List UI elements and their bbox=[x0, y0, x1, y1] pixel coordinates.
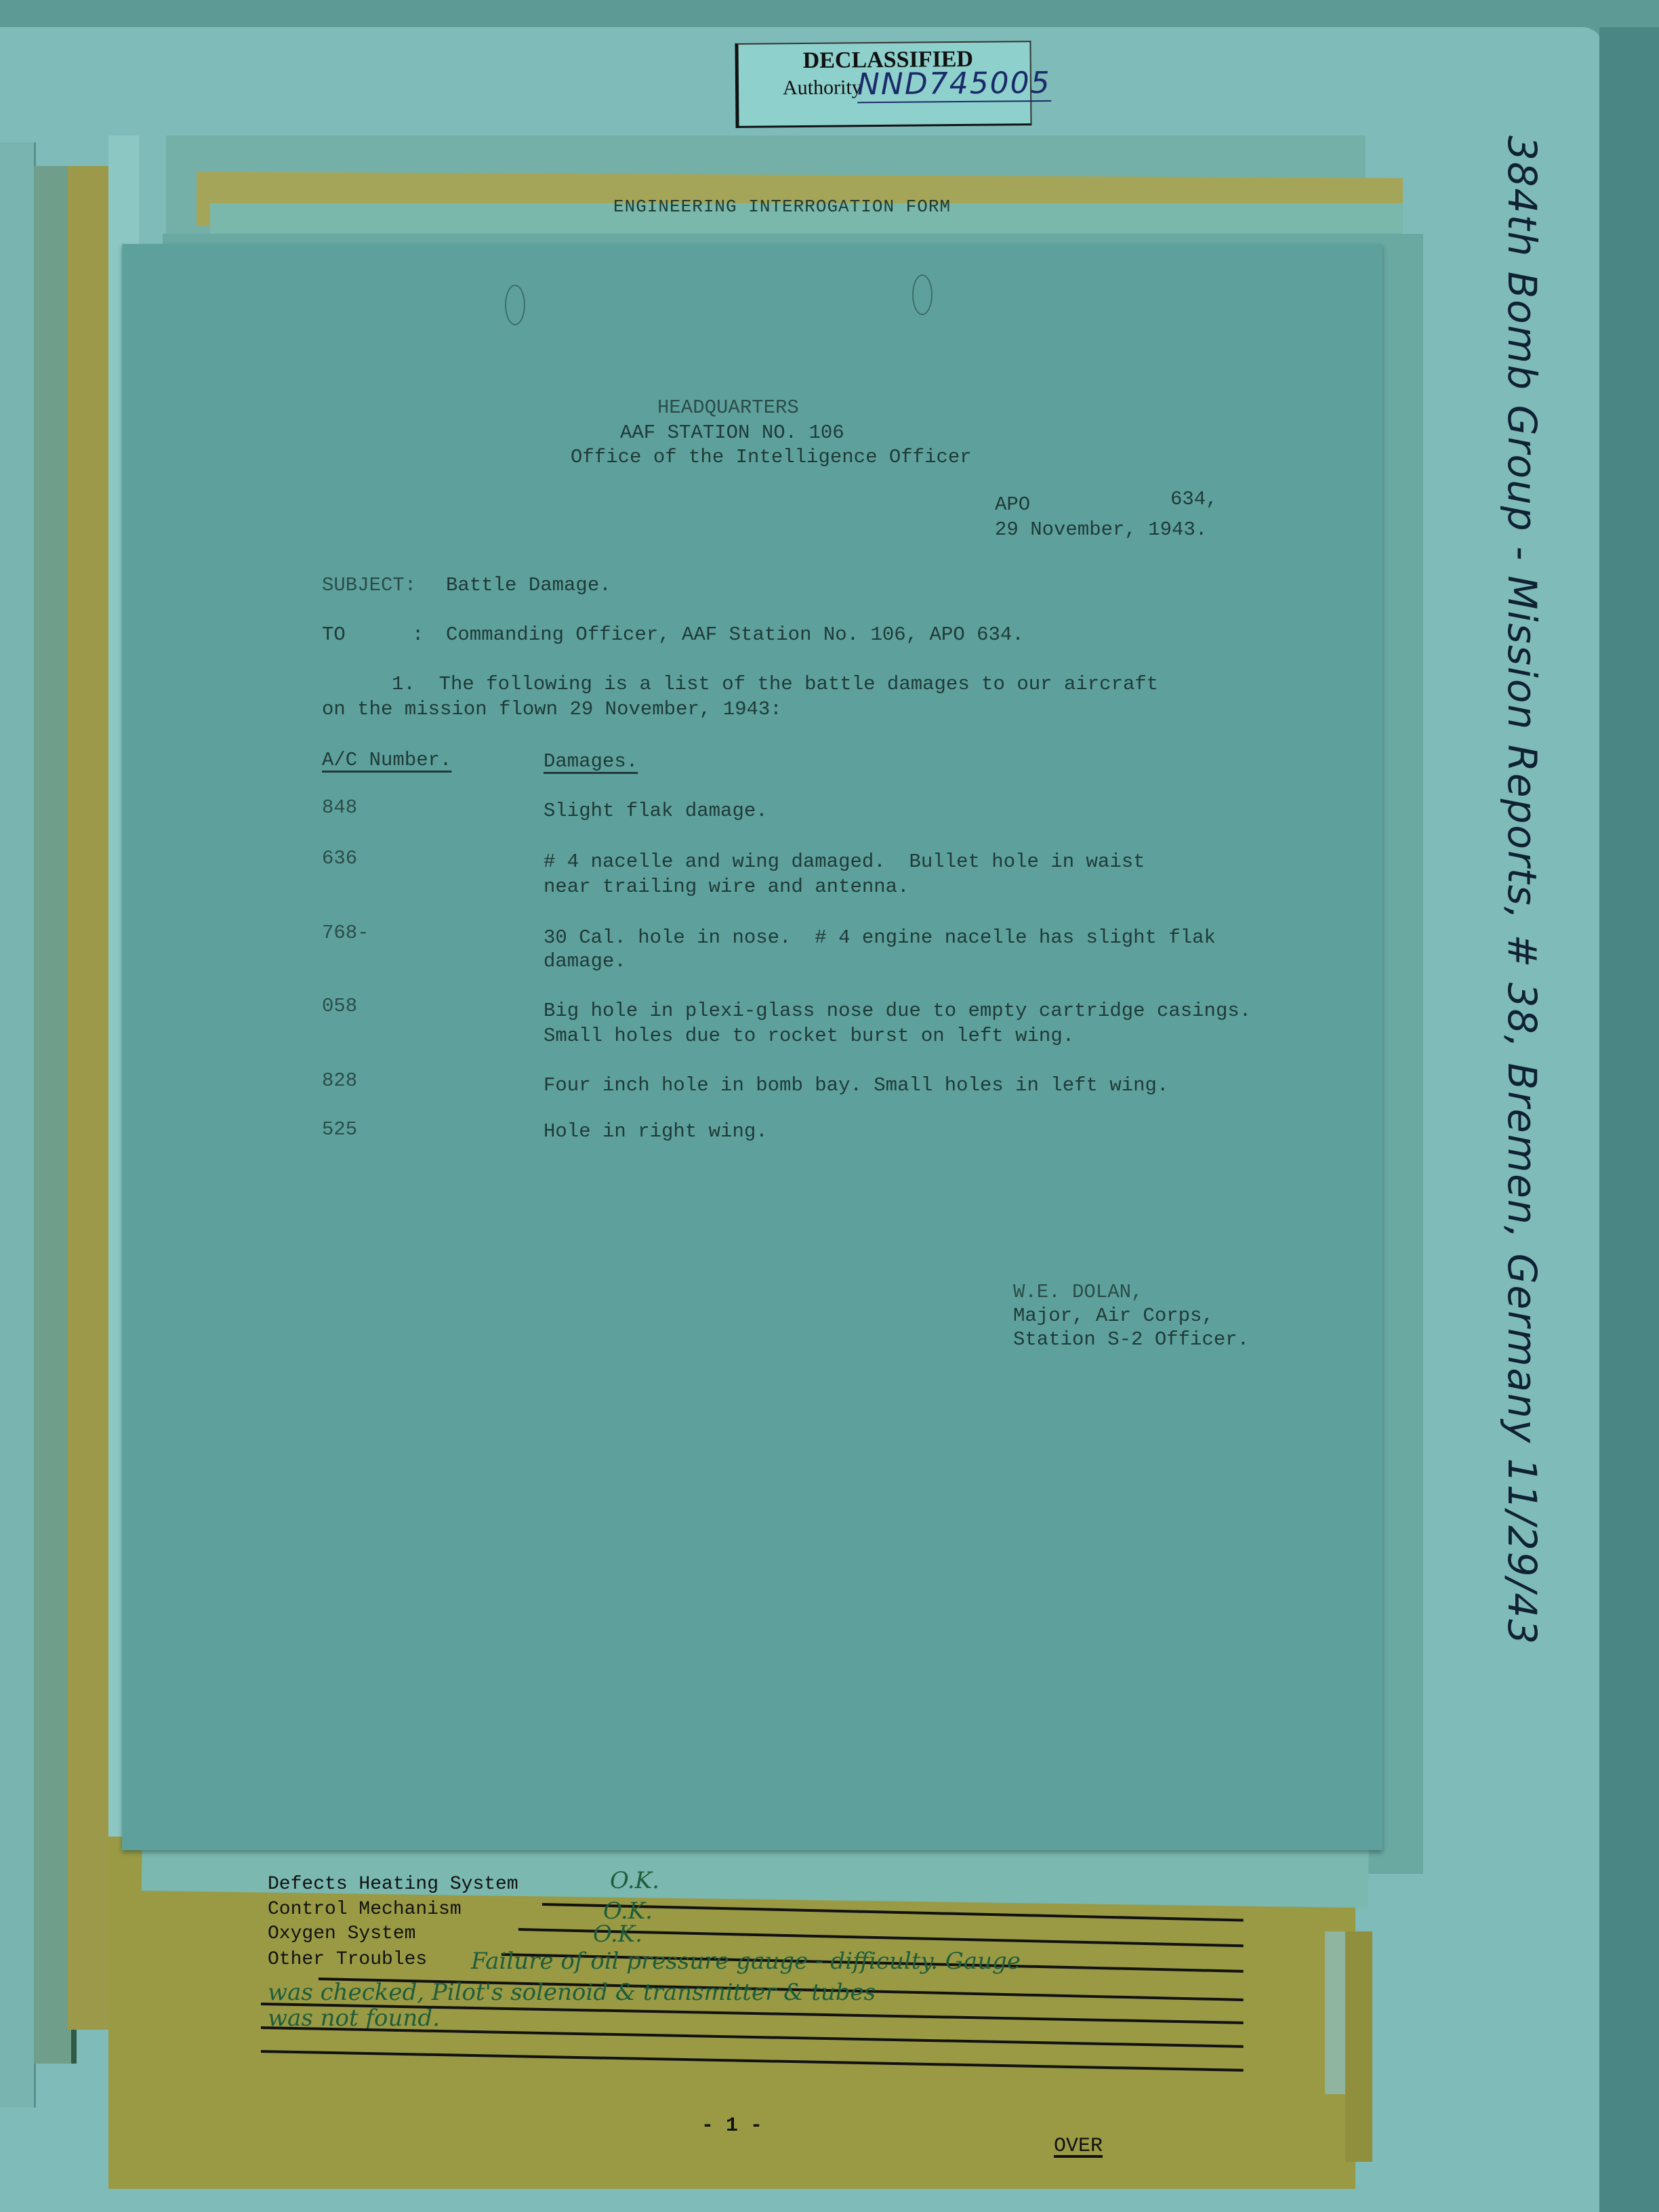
ac-number: 058 bbox=[322, 995, 357, 1017]
punch-hole bbox=[505, 285, 525, 325]
subject-label: SUBJECT: bbox=[322, 574, 416, 596]
table-header-ac-number: A/C Number. bbox=[322, 749, 451, 771]
left-folder-stack bbox=[0, 142, 36, 2108]
damage-text: Slight flak damage. bbox=[544, 800, 768, 822]
folder-shadow bbox=[1599, 27, 1659, 2212]
apo-label: APO bbox=[995, 493, 1030, 516]
form-label-control: Control Mechanism bbox=[268, 1899, 462, 1920]
signer-rank: Major, Air Corps, bbox=[1013, 1305, 1214, 1327]
letterhead-office: Office of the Intelligence Officer bbox=[571, 446, 972, 468]
stamp-authority-value: NND745005 bbox=[857, 66, 1051, 103]
punch-hole bbox=[912, 274, 933, 315]
signer-title: Station S-2 Officer. bbox=[1013, 1328, 1249, 1351]
page-number: - 1 - bbox=[701, 2114, 762, 2137]
damage-text: Small holes due to rocket burst on left … bbox=[544, 1025, 1074, 1047]
ac-number: 768- bbox=[322, 922, 369, 944]
damage-text: damage. bbox=[544, 950, 626, 972]
form-label-oxygen: Oxygen System bbox=[268, 1923, 415, 1944]
damage-text: Four inch hole in bomb bay. Small holes … bbox=[544, 1074, 1168, 1097]
signer-name: W.E. DOLAN, bbox=[1013, 1281, 1143, 1303]
handwritten-label-text: 384th Bomb Group - Mission Reports, # 38… bbox=[1499, 136, 1545, 1645]
damage-text: near trailing wire and antenna. bbox=[544, 876, 909, 898]
form-label-heating: Defects Heating System bbox=[268, 1874, 518, 1895]
damage-text: Big hole in plexi-glass nose due to empt… bbox=[544, 1000, 1251, 1022]
engineering-form-title: ENGINEERING INTERROGATION FORM bbox=[613, 197, 951, 217]
letterhead-headquarters: HEADQUARTERS bbox=[657, 396, 799, 419]
table-header-damages: Damages. bbox=[544, 750, 638, 773]
subject-value: Battle Damage. bbox=[446, 574, 611, 596]
apo-number: 634, bbox=[1170, 488, 1218, 510]
ac-number: 828 bbox=[322, 1069, 357, 1092]
paragraph-line-2: on the mission flown 29 November, 1943: bbox=[322, 698, 782, 720]
form-notes-line2: was checked, Pilot's solenoid & transmit… bbox=[268, 1979, 876, 2006]
form-value-other: Failure of oil pressure gauge - difficul… bbox=[471, 1948, 1021, 1975]
ac-number: 848 bbox=[322, 796, 357, 819]
ac-number: 636 bbox=[322, 847, 357, 869]
memo-date: 29 November, 1943. bbox=[995, 518, 1207, 541]
to-label: TO bbox=[322, 623, 346, 646]
ac-number: 525 bbox=[322, 1118, 357, 1141]
left-folder-stack bbox=[68, 166, 112, 2030]
form-label-other: Other Troubles bbox=[268, 1949, 427, 1970]
form-value-oxygen: O.K. bbox=[593, 1921, 642, 1948]
declassified-stamp: DECLASSIFIED Authority NND745005 bbox=[735, 41, 1031, 128]
stamp-authority-label: Authority bbox=[783, 76, 862, 100]
paragraph-line-1: 1. The following is a list of the battle… bbox=[392, 673, 1158, 695]
damage-text: Hole in right wing. bbox=[544, 1120, 768, 1143]
letterhead-station: AAF STATION NO. 106 bbox=[620, 422, 844, 444]
to-value: Commanding Officer, AAF Station No. 106,… bbox=[446, 623, 1024, 646]
damage-text: 30 Cal. hole in nose. # 4 engine nacelle… bbox=[544, 926, 1216, 949]
over-label: OVER bbox=[1054, 2135, 1103, 2158]
battle-damage-memo-page: HEADQUARTERS AAF STATION NO. 106 Office … bbox=[122, 244, 1382, 1850]
form-value-heating: O.K. bbox=[610, 1867, 659, 1894]
handwritten-folder-label: 384th Bomb Group - Mission Reports, # 38… bbox=[1498, 136, 1552, 1681]
to-separator: : bbox=[412, 623, 424, 646]
background-form-edge bbox=[1345, 1931, 1372, 2162]
damage-text: # 4 nacelle and wing damaged. Bullet hol… bbox=[544, 851, 1145, 873]
